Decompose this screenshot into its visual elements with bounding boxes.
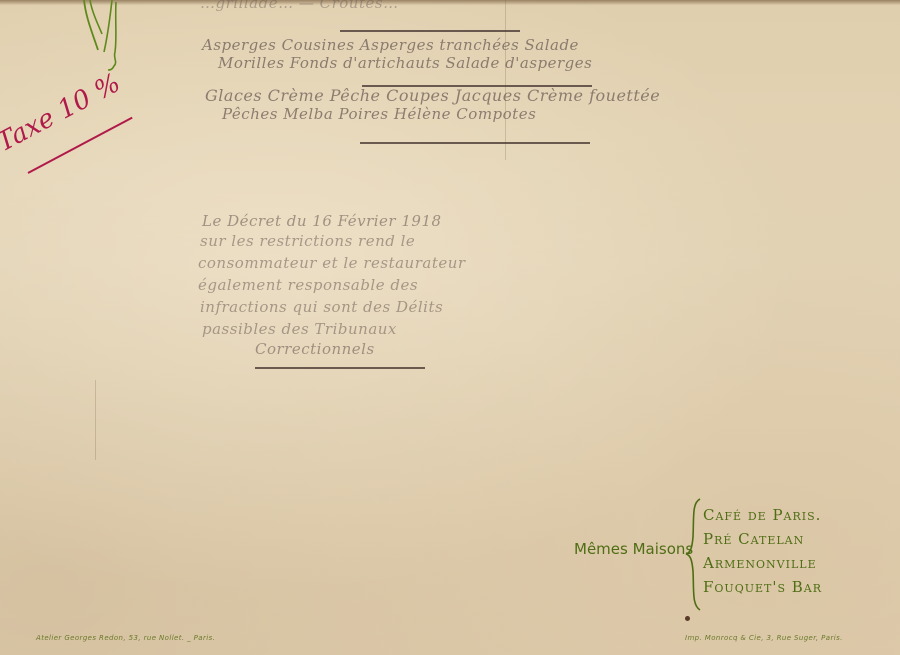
footer-right-imprint: Imp. Monrocq & Cie, 3, Rue Suger, Paris. [685, 634, 843, 642]
menu-line: Glaces Crème Pêche Coupes Jacques Crème … [205, 86, 660, 105]
decree-line: consommateur et le restaurateur [198, 254, 466, 272]
decree-line: sur les restrictions rend le [200, 232, 415, 250]
decree-line: passibles des Tribunaux [202, 320, 397, 338]
maison-item: Pré Catelan [703, 527, 822, 551]
curly-brace-icon [684, 497, 702, 612]
decree-line: également responsable des [198, 276, 418, 294]
decree-line: infractions qui sont des Délits [200, 298, 443, 316]
menu-line: Morilles Fonds d'artichauts Salade d'asp… [218, 54, 592, 72]
decree-line: Le Décret du 16 Février 1918 [202, 212, 442, 230]
menu-line: Pêches Melba Poires Hélène Compotes [222, 105, 536, 123]
ink-spot [685, 616, 690, 621]
paper-crease [95, 380, 96, 460]
maison-item: Fouquet's Bar [703, 575, 822, 599]
divider-rule [360, 142, 590, 144]
memes-maisons-label: Mêmes Maisons [574, 540, 693, 558]
paper-crease [505, 0, 506, 160]
divider-rule [340, 30, 520, 32]
green-sprig-ornament-icon [82, 0, 122, 72]
maison-item: Armenonville [703, 551, 822, 575]
maison-item: Café de Paris. [703, 503, 822, 527]
header-partial-line: …grillade… — Croûtes… [200, 0, 399, 12]
top-edge-shadow [0, 0, 900, 5]
menu-line: Asperges Cousines Asperges tranchées Sal… [202, 36, 579, 54]
memes-maisons-list: Café de Paris. Pré Catelan Armenonville … [703, 503, 822, 599]
footer-left-imprint: Atelier Georges Redon, 53, rue Nollet. _… [36, 634, 215, 642]
decree-line: Correctionnels [255, 340, 375, 358]
divider-rule [255, 367, 425, 369]
